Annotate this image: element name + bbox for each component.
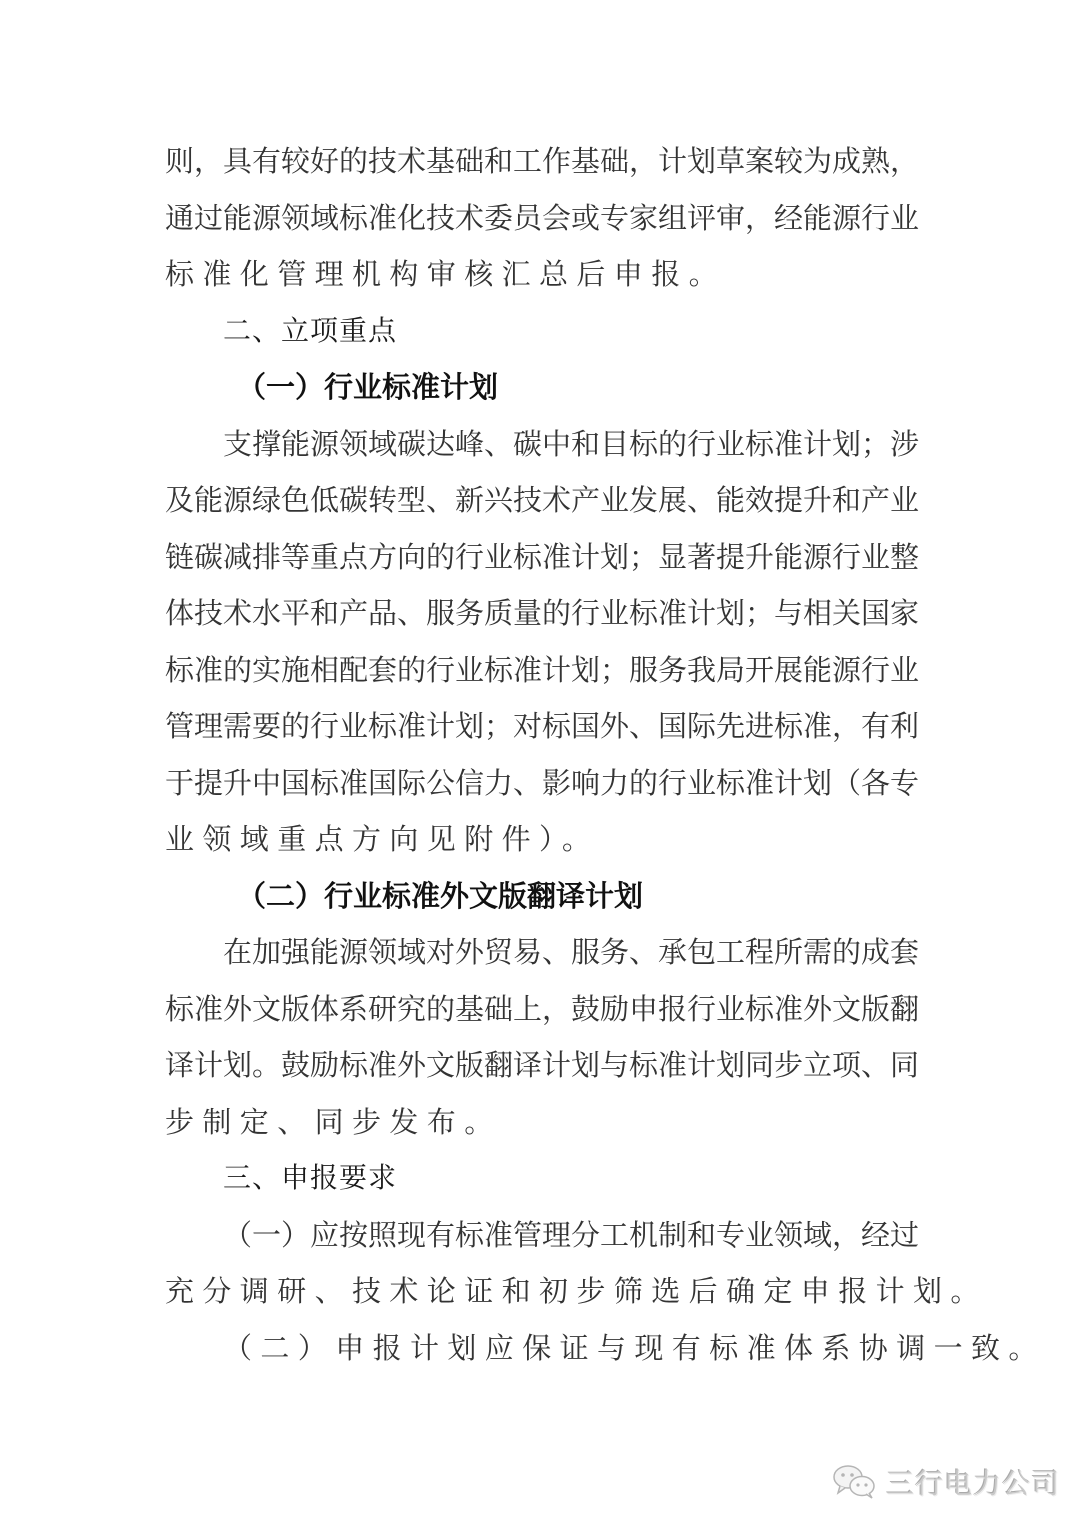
paragraph-line: （一）应按照现有标准管理分工机制和专业领域，经过 [165,1207,917,1264]
paragraph-line: 链碳减排等重点方向的行业标准计划；显著提升能源行业整 [165,529,917,586]
paragraph-line: 支撑能源领域碳达峰、碳中和目标的行业标准计划；涉 [165,416,917,473]
paragraph-line: 标准的实施相配套的行业标准计划；服务我局开展能源行业 [165,642,917,699]
subsection-heading-translation-plan: （二）行业标准外文版翻译计划 [165,868,917,925]
paragraph-line: 充分调研、技术论证和初步筛选后确定申报计划。 [165,1263,917,1320]
paragraph-line: （二）申报计划应保证与现有标准体系协调一致。 [165,1320,917,1377]
paragraph-line: 管理需要的行业标准计划；对标国外、国际先进标准，有利 [165,698,917,755]
paragraph-line: 业领域重点方向见附件）。 [165,811,917,868]
subsection-heading-industry-standard-plan: （一）行业标准计划 [165,359,917,416]
section-heading-3: 三、申报要求 [165,1150,917,1207]
paragraph-line: 于提升中国标准国际公信力、影响力的行业标准计划（各专 [165,755,917,812]
watermark: 三行电力公司 [832,1462,1060,1502]
paragraph-line: 在加强能源领域对外贸易、服务、承包工程所需的成套 [165,924,917,981]
section-heading-2: 二、立项重点 [165,303,917,360]
paragraph-line: 标准化管理机构审核汇总后申报。 [165,246,917,303]
paragraph-line: 及能源绿色低碳转型、新兴技术产业发展、能效提升和产业 [165,472,917,529]
paragraph-line: 标准外文版体系研究的基础上，鼓励申报行业标准外文版翻 [165,981,917,1038]
document-page: 则，具有较好的技术基础和工作基础，计划草案较为成熟， 通过能源领域标准化技术委员… [165,133,917,1376]
wechat-icon [832,1464,878,1500]
paragraph-line: 体技术水平和产品、服务质量的行业标准计划；与相关国家 [165,585,917,642]
paragraph-line: 步制定、同步发布。 [165,1094,917,1151]
paragraph-line: 译计划。鼓励标准外文版翻译计划与标准计划同步立项、同 [165,1037,917,1094]
watermark-text: 三行电力公司 [886,1462,1060,1502]
paragraph-line: 则，具有较好的技术基础和工作基础，计划草案较为成熟， [165,133,917,190]
paragraph-line: 通过能源领域标准化技术委员会或专家组评审，经能源行业 [165,190,917,247]
